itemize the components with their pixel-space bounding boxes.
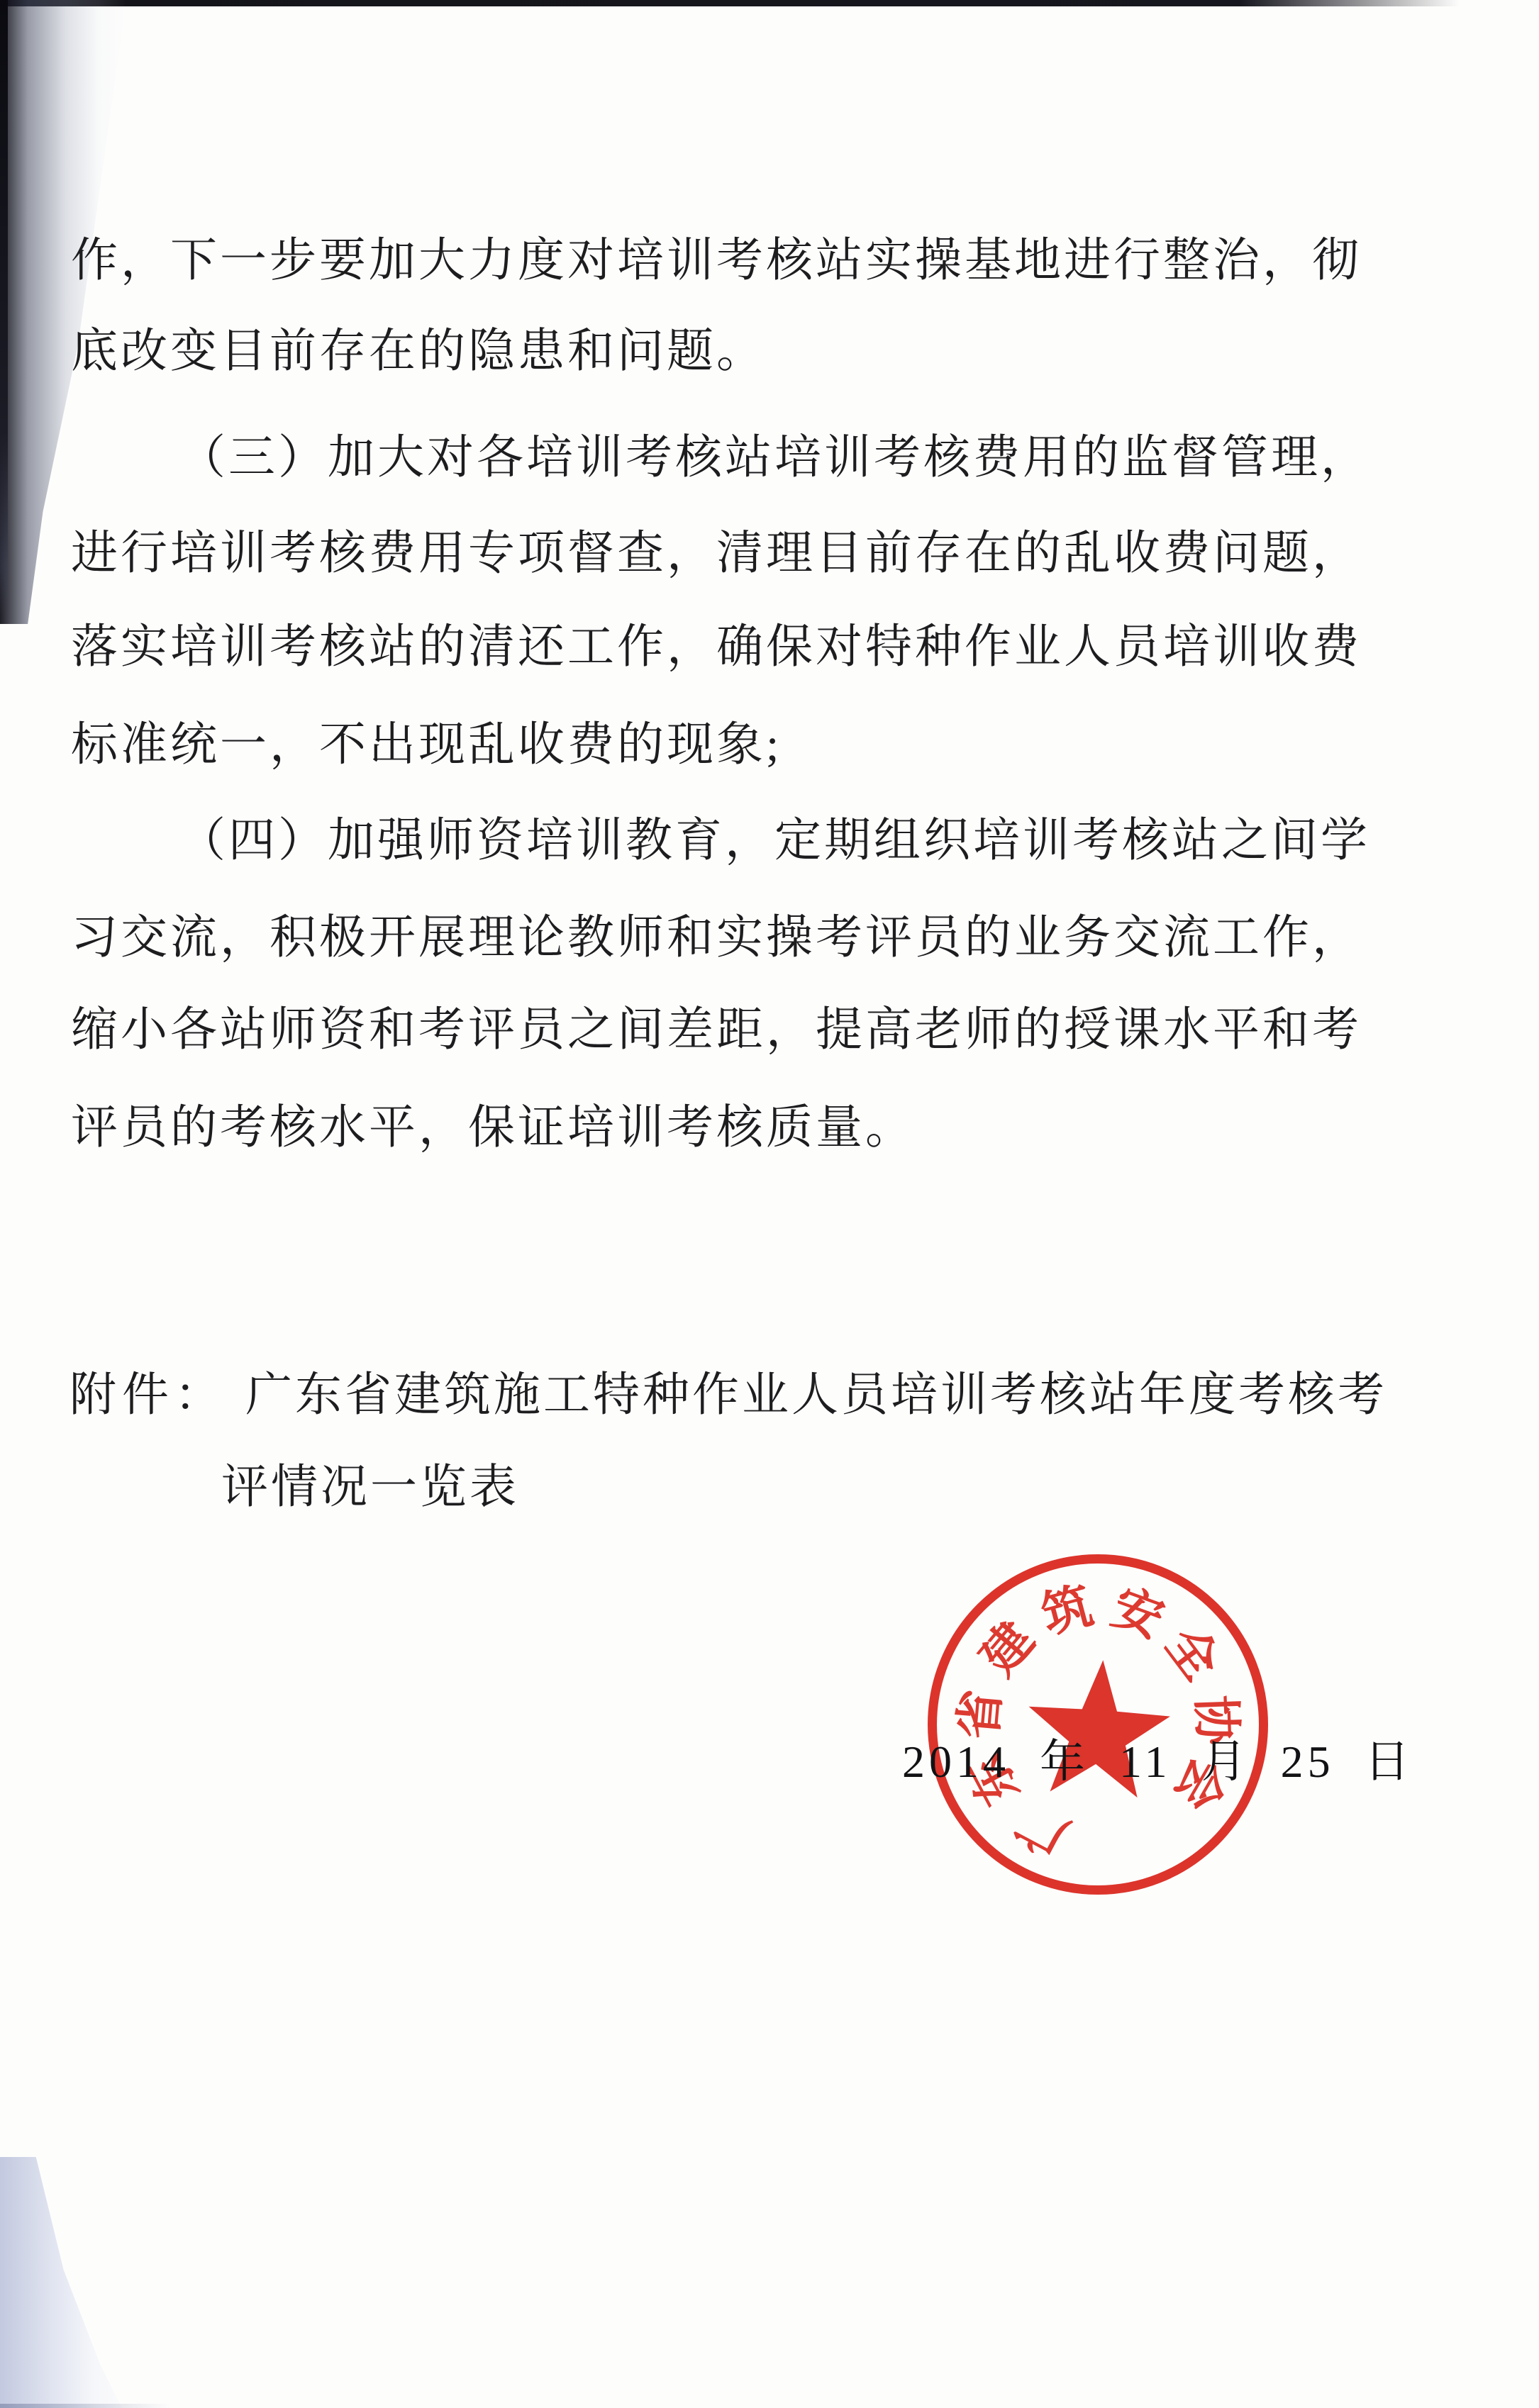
scan-edge-top-line bbox=[0, 0, 1460, 6]
scan-edge-bottom-left-gradient bbox=[0, 2157, 138, 2408]
scan-edge-left-dark-line bbox=[0, 0, 8, 615]
attachment-line-1: 附件： 广东省建筑施工特种作业人员培训考核站年度考核考 bbox=[70, 1370, 1387, 1427]
body-line: 进行培训考核费用专项督查，清理目前存在的乱收费问题， bbox=[71, 528, 1362, 585]
body-line: 落实培训考核站的清还工作，确保对特种作业人员培训收费 bbox=[71, 622, 1362, 679]
document-date: 2014 年 11 月 25 日 bbox=[902, 1736, 1414, 1788]
seal-char: 省 bbox=[954, 1687, 1009, 1742]
attachment-line-2: 评情况一览表 bbox=[221, 1462, 519, 1519]
scan-edge-bottom-line bbox=[0, 2404, 170, 2408]
attachment-label: 附件： bbox=[70, 1370, 227, 1427]
body-line: 习交流，积极开展理论教师和实操考评员的业务交流工作， bbox=[71, 913, 1362, 969]
body-line: 评员的考核水平，保证培训考核质量。 bbox=[71, 1103, 915, 1159]
seal-star-icon bbox=[1018, 1655, 1177, 1814]
official-seal: 广 东 省 建 筑 安 全 协 会 bbox=[928, 1554, 1268, 1895]
attachment-title: 广东省建筑施工特种作业人员培训考核站年度考核考 bbox=[245, 1370, 1387, 1427]
body-line: 底改变目前存在的隐患和问题。 bbox=[71, 326, 766, 383]
body-line: 作，下一步要加大力度对培训考核站实操基地进行整治，彻 bbox=[71, 235, 1362, 292]
body-line: （四）加强师资培训教育，定期组织培训考核站之间学 bbox=[179, 815, 1370, 872]
body-line: （三）加大对各培训考核站培训考核费用的监督管理， bbox=[179, 433, 1370, 489]
scanned-document-page: 作，下一步要加大力度对培训考核站实操基地进行整治，彻 底改变目前存在的隐患和问题… bbox=[0, 0, 1539, 2408]
body-line: 标准统一，不出现乱收费的现象; bbox=[71, 720, 782, 776]
body-line: 缩小各站师资和考评员之间差距，提高老师的授课水平和考 bbox=[71, 1005, 1362, 1061]
